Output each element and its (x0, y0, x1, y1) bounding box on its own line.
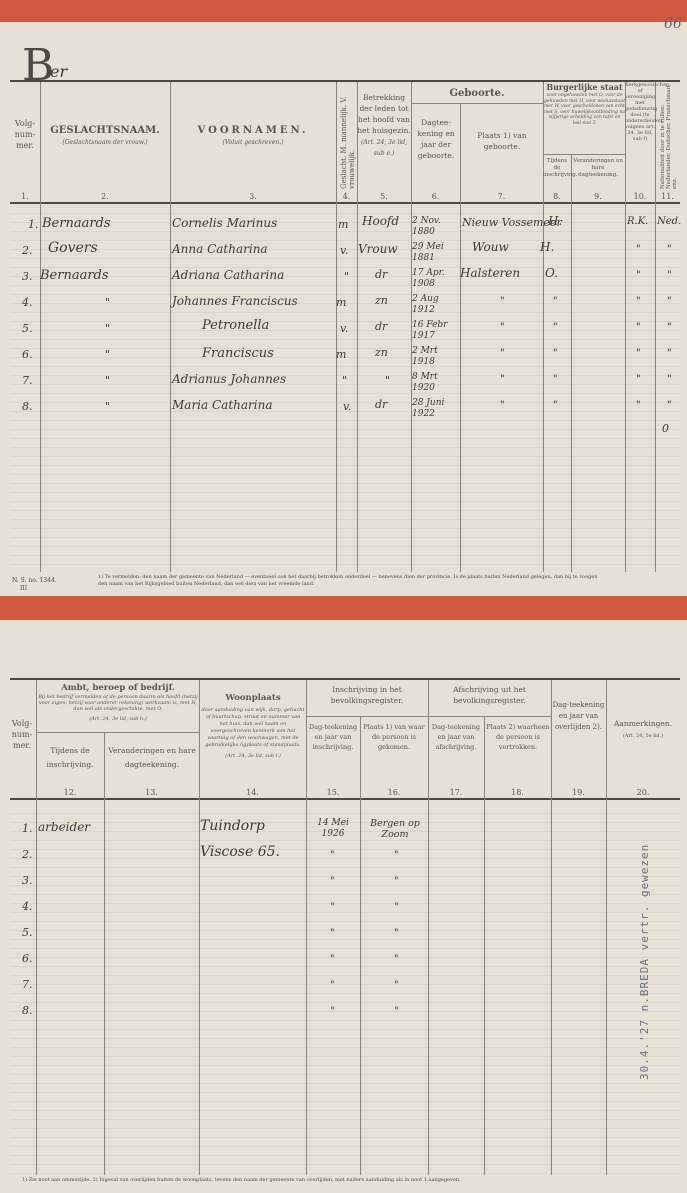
nationality: " (667, 322, 672, 333)
bottom-ruled-area (10, 805, 680, 1175)
relation: " (385, 374, 390, 387)
birth-date: 17 Apr. 1908 (412, 268, 458, 290)
bottom-header-bottom-line (10, 798, 680, 800)
surname: " (105, 374, 110, 387)
header-aanmerkingen-sub: (Art. 24, 5e lid.) (623, 733, 663, 739)
col-number: 1. (10, 192, 40, 201)
inschrijving-date: 14 Mei 1926 (308, 818, 358, 840)
page-number: 66 (664, 16, 682, 32)
birth-date: 2 Aug 1912 (412, 294, 458, 316)
birth-date: 28 Juni 1922 (412, 398, 458, 420)
sex: " (344, 270, 349, 283)
religion: " (636, 244, 641, 255)
col-divider (428, 680, 429, 1175)
relation: dr (375, 320, 387, 333)
civil-status: " (553, 296, 558, 307)
row-number: 8. (22, 1004, 33, 1017)
birth-place: Halsteren (460, 266, 520, 280)
col-number: 20. (606, 788, 680, 797)
religion: " (636, 348, 641, 359)
header-ambt-art: (Art. 24, 3e lid, sub h.) (89, 716, 146, 722)
bottom-header-line (10, 678, 680, 680)
header-geslacht: Geslacht. M. mannelijk. V. vrouwelijk. (340, 84, 356, 189)
given-names: Adrianus Johannes (172, 372, 286, 386)
surname: " (105, 348, 110, 361)
header-aanmerkingen-title: Aanmerkingen. (614, 719, 672, 728)
birth-place: " (500, 322, 505, 333)
given-names: Maria Catharina (172, 398, 272, 412)
row-number: 1. (22, 822, 33, 835)
civil-status: " (553, 348, 558, 359)
header-ambt-title: Ambt, beroep of bedrijf. (61, 683, 175, 693)
col-number: 16. (360, 788, 428, 797)
col-divider (606, 680, 607, 1175)
row-number: 8. (22, 400, 33, 413)
header-burgerlijke-sub: voor ongehuwden met O, voor de gehuwden … (544, 93, 625, 126)
header-tijdens-inschrijving-bottom: Tijdens de inschrijving. (40, 744, 100, 772)
inschrijving-place: " (394, 928, 399, 939)
header-nationaliteit: Nationaliteit door in te vullen: Nederla… (660, 84, 678, 189)
sex: m (336, 348, 346, 361)
header-plaats-vertrokken: Plaats 2) waarheen de persoon is vertrok… (486, 722, 550, 752)
nationality: " (667, 270, 672, 281)
birth-date: 29 Mei 1881 (412, 242, 458, 264)
col-number: 2. (40, 192, 170, 201)
birth-place: " (500, 400, 505, 411)
nationality: Ned. (657, 216, 681, 227)
bottom-footnote: 1) Zie noot aan ommezijde. 2) Ingeval va… (22, 1176, 622, 1184)
header-dagteekening-geboorte: Dagtee-kening en jaar der geboorte. (412, 117, 460, 161)
header-geslachtsnaam-sub: (Geslachtsnaam der vrouw.) (62, 139, 147, 146)
row-number: 2. (22, 848, 33, 861)
birth-place: Nieuw Vossemeer (462, 216, 562, 229)
civil-status: " (553, 322, 558, 333)
sex: m (336, 296, 346, 309)
civil-status: H. (540, 240, 554, 254)
form-id-text: N. S. no. 1344. (12, 577, 57, 584)
top-red-band (0, 0, 687, 22)
header-betrekking-sub: (Art. 24, 3e lid, sub e.) (361, 139, 407, 157)
col-number: 13. (104, 788, 199, 797)
form-sub-text: III (20, 585, 27, 592)
burgerlijke-divider (543, 154, 625, 155)
inschrijving-date: " (330, 1006, 335, 1017)
sex: v. (340, 322, 348, 335)
given-names: Franciscus (202, 346, 274, 361)
row-number: 2. (22, 244, 33, 257)
given-names: Anna Catharina (172, 242, 268, 256)
inschrijving-place: " (394, 876, 399, 887)
col-divider (571, 155, 572, 572)
col-divider (104, 733, 105, 1175)
header-dagteekening-afschrijving: Dag-teekening en jaar van afschrijving. (428, 722, 484, 752)
extra-mark: 0 (662, 422, 669, 435)
birth-date: 2 Nov. 1880 (412, 216, 458, 238)
civil-status: O. (545, 266, 558, 280)
middle-red-band (0, 596, 687, 620)
col-number: 12. (36, 788, 104, 797)
form-id: N. S. no. 1344. III (12, 577, 57, 593)
header-betrekking-title: Betrekking der leden tot het hoofd van h… (357, 93, 410, 135)
birth-place: " (500, 374, 505, 385)
col-divider (306, 680, 307, 1175)
header-aanmerkingen: Aanmerkingen. (Art. 24, 5e lid.) (606, 718, 680, 740)
col-number: 8. (543, 192, 571, 201)
header-woonplaats-sub: door aanduiding van wijk, dorp, gehucht … (201, 707, 305, 749)
header-voornamen-sub: (Voluit geschreven.) (223, 139, 284, 146)
header-voornamen: VOORNAMEN. (Voluit geschreven.) (170, 125, 336, 147)
col-number: 4. (336, 192, 357, 201)
col-number: 15. (306, 788, 360, 797)
col-number: 18. (484, 788, 551, 797)
row-number: 1. (28, 218, 39, 231)
ambt-divider (36, 732, 199, 733)
sex: v. (340, 244, 348, 257)
col-divider (360, 717, 361, 1175)
surname: Bernaards (40, 268, 109, 283)
col-divider (336, 82, 337, 572)
header-tijdens-inschrijving: Tijdens de inschrijving. (543, 158, 571, 179)
surname: " (105, 400, 110, 413)
inschrijving-date: " (330, 902, 335, 913)
surname: " (105, 296, 110, 309)
top-header-bottom-line (10, 202, 680, 204)
relation: zn (375, 294, 388, 307)
col-number: 6. (411, 192, 460, 201)
surname: Bernaards (42, 216, 111, 231)
sex: " (342, 374, 347, 387)
header-geboorte-title: Geboorte. (450, 88, 505, 99)
nationality: " (667, 374, 672, 385)
residence: Tuindorp (200, 818, 265, 834)
nationality: " (667, 400, 672, 411)
civil-status: " (553, 374, 558, 385)
row-number: 3. (22, 874, 33, 887)
given-names: Johannes Franciscus (172, 294, 298, 308)
nationality: " (667, 348, 672, 359)
religion: " (636, 296, 641, 307)
row-number: 7. (22, 978, 33, 991)
row-number: 6. (22, 348, 33, 361)
inschrijving-date: " (330, 876, 335, 887)
header-kerkgenootschap: Kerkgenootschap of vereeniging met godsd… (625, 82, 655, 142)
col-divider (484, 717, 485, 1175)
nationality: " (667, 296, 672, 307)
nationality: " (667, 244, 672, 255)
row-number: 7. (22, 374, 33, 387)
col-divider (170, 82, 171, 572)
birth-date: 16 Febr 1917 (412, 320, 458, 342)
col-divider (36, 680, 37, 1175)
occupation: arbeider (38, 820, 90, 834)
col-number: 3. (170, 192, 336, 201)
geboorte-divider (411, 103, 543, 104)
top-footnote: 1) Te vermelden: den naam der gemeente v… (98, 574, 598, 588)
given-names: Adriana Catharina (172, 268, 284, 282)
inschrijving-place: " (394, 850, 399, 861)
inschrijving-place: " (394, 954, 399, 965)
inschrijving-place: " (394, 980, 399, 991)
birth-place: Wouw (472, 240, 509, 254)
col-divider (40, 82, 41, 572)
header-burgerlijke-staat: Burgerlijke staat voor ongehuwden met O,… (544, 82, 625, 126)
col-divider (543, 82, 544, 572)
section-letter-suffix: er (50, 62, 67, 81)
inschrijving-place: " (394, 902, 399, 913)
relation: Vrouw (358, 242, 398, 256)
header-plaats-geboorte: Plaats 1) van geboorte. (462, 130, 542, 152)
header-voornamen-title: VOORNAMEN. (198, 125, 309, 136)
row-number: 5. (22, 926, 33, 939)
header-woonplaats: Woonplaats door aanduiding van wijk, dor… (201, 692, 305, 760)
header-afschrijving: Afschrijving uit het bevolkingsregister. (428, 684, 551, 706)
header-ambt: Ambt, beroep of bedrijf. Bij het bedrijf… (37, 682, 199, 723)
col-divider (655, 82, 656, 572)
religion: R.K. (627, 216, 648, 227)
civil-status: " (553, 400, 558, 411)
header-dagteekening-inschrijving: Dag-teekening en jaar van inschrijving. (306, 722, 360, 752)
relation: dr (375, 268, 387, 281)
col-divider (551, 680, 552, 1175)
row-number: 4. (22, 296, 33, 309)
sex: v. (343, 400, 351, 413)
relation: dr (375, 398, 387, 411)
header-geslachtsnaam: GESLACHTSNAAM. (Geslachtsnaam der vrouw.… (40, 125, 170, 147)
col-number: 5. (357, 192, 411, 201)
header-ambt-sub: Bij het bedrijf vermelden of de persoon … (37, 694, 199, 712)
religion: " (636, 400, 641, 411)
inschrijving-date: " (330, 980, 335, 991)
given-names: Cornelis Marinus (172, 216, 277, 230)
row-number: 4. (22, 900, 33, 913)
religion: " (636, 270, 641, 281)
given-names: Petronella (202, 318, 269, 333)
header-geslachtsnaam-title: GESLACHTSNAAM. (50, 125, 159, 136)
header-veranderingen: Veranderingen en hare dagteekening. (571, 158, 625, 179)
col-divider (460, 104, 461, 572)
birth-place: " (500, 296, 505, 307)
header-volgnummer: Volg-num-mer. (10, 118, 40, 151)
birth-date: 8 Mrt 1920 (412, 372, 458, 394)
surname: " (105, 322, 110, 335)
col-number: 19. (551, 788, 606, 797)
col-number: 9. (571, 192, 625, 201)
header-inschrijving: Inschrijving in het bevolkingsregister. (306, 684, 428, 706)
header-betrekking: Betrekking der leden tot het hoofd van h… (357, 92, 411, 158)
header-veranderingen-bottom: Veranderingen en hare dagteekening. (108, 744, 196, 772)
civil-status: H. (548, 214, 562, 228)
header-plaats-gekomen: Plaats 1) van waar de persoon is gekomen… (362, 722, 426, 752)
sex: m (338, 218, 348, 231)
row-number: 6. (22, 952, 33, 965)
inschrijving-place: " (394, 1006, 399, 1017)
departure-stamp: 30.4.'27 n.BREDA vertr. gewezen (638, 840, 651, 1080)
col-divider (199, 680, 200, 1175)
birth-place: " (500, 348, 505, 359)
col-number: 10. (625, 192, 655, 201)
religion: " (636, 374, 641, 385)
col-number: 11. (655, 192, 680, 201)
header-geboorte: Geboorte. (411, 88, 543, 99)
header-volgnummer-bottom: Volg-num-mer. (8, 718, 36, 751)
inschrijving-date: " (330, 850, 335, 861)
col-number: 7. (460, 192, 543, 201)
header-woonplaats-art: (Art. 24, 3e lid, sub i.) (225, 753, 281, 759)
birth-date: 2 Mrt 1918 (412, 346, 458, 368)
col-divider (625, 82, 626, 572)
col-number: 14. (199, 788, 306, 797)
header-burgerlijke-title: Burgerlijke staat (546, 82, 622, 92)
surname: Govers (48, 240, 98, 256)
col-number: 17. (428, 788, 484, 797)
row-number: 3. (22, 270, 33, 283)
relation: zn (375, 346, 388, 359)
header-overlijden: Dag-teekening en jaar van overlijden 2). (551, 700, 606, 733)
relation: Hoofd (362, 214, 399, 228)
header-woonplaats-title: Woonplaats (225, 693, 280, 703)
row-number: 5. (22, 322, 33, 335)
residence: Viscose 65. (200, 844, 280, 860)
inschrijving-date: " (330, 928, 335, 939)
inschrijving-date: " (330, 954, 335, 965)
top-ruled-area (10, 205, 680, 570)
inschrijving-place: Bergen op Zoom (362, 818, 428, 840)
religion: " (636, 322, 641, 333)
